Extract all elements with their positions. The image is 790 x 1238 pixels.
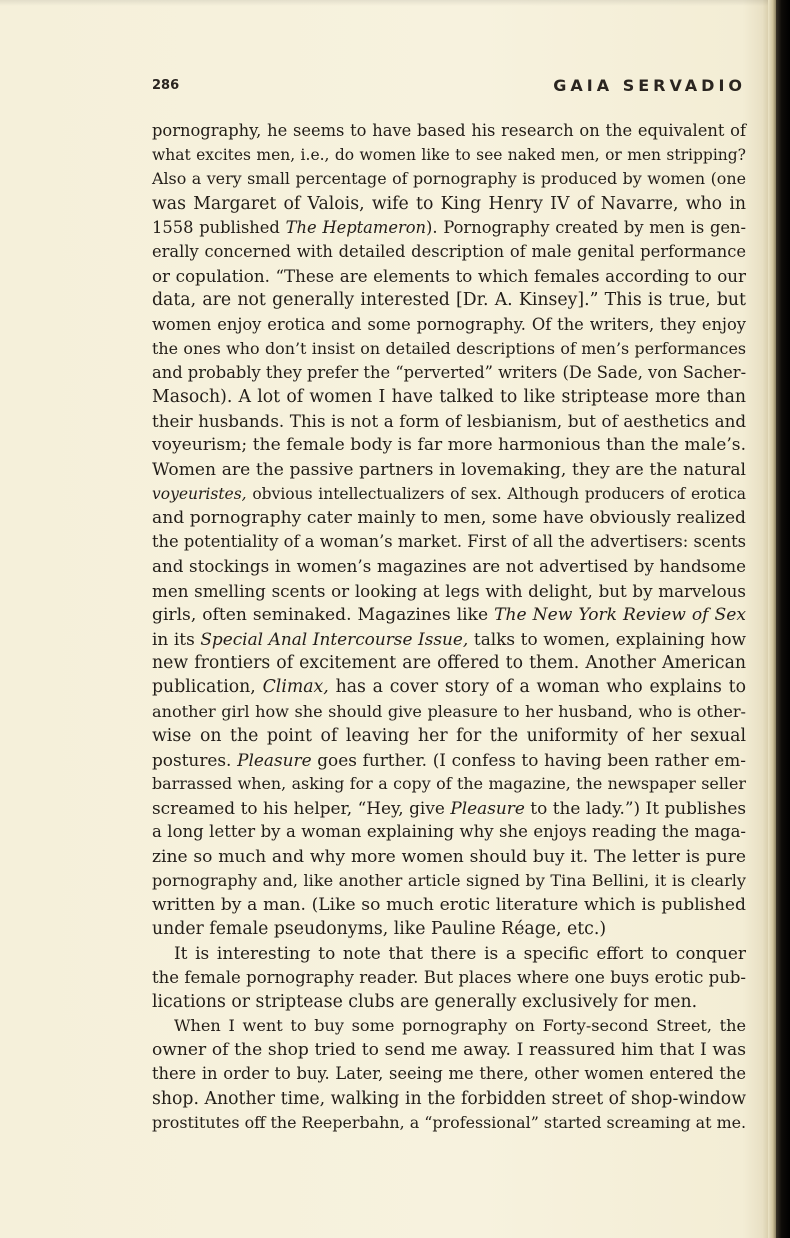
text-run: goes further. (I confess to having been … [312, 750, 746, 770]
text-run: the ones who don’t insist on detailed de… [152, 339, 746, 358]
text-line: women enjoy erotica and some pornography… [152, 313, 746, 337]
text-line: Also a very small percentage of pornogra… [152, 167, 746, 191]
text-line: lications or striptease clubs are genera… [152, 990, 746, 1014]
text-line: another girl how she should give pleasur… [152, 700, 746, 724]
page-number: 286 [152, 78, 179, 93]
text-run: shop. Another time, walking in the forbi… [152, 1089, 746, 1109]
text-run: Also a very small percentage of pornogra… [152, 169, 746, 188]
text-line: new frontiers of excitement are offered … [152, 651, 746, 675]
paragraph: It is interesting to note that there is … [152, 941, 746, 1014]
text-line: voyeurism; the female body is far more h… [152, 433, 746, 457]
page-edge [768, 0, 776, 1238]
text-line: owner of the shop tried to send me away.… [152, 1038, 746, 1062]
text-run: owner of the shop tried to send me away.… [152, 1040, 746, 1060]
text-line: a long letter by a woman explaining why … [152, 820, 746, 844]
text-run: the female pornography reader. But place… [152, 968, 746, 987]
text-line: what excites men, i.e., do women like to… [152, 143, 746, 167]
text-line: voyeuristes, obvious intellectualizers o… [152, 482, 746, 506]
page-top-shadow [0, 0, 790, 6]
text-line: wise on the point of leaving her for the… [152, 724, 746, 748]
text-run: talks to women, explaining how [468, 629, 746, 649]
text-line: erally concerned with detailed descripti… [152, 240, 746, 264]
italic-title: Pleasure [237, 750, 311, 770]
text-run: zine so much and why more women should b… [152, 847, 746, 867]
text-line: their husbands. This is not a form of le… [152, 409, 746, 433]
text-run: another girl how she should give pleasur… [152, 702, 746, 721]
text-line: the ones who don’t insist on detailed de… [152, 337, 746, 361]
text-run: what excites men, i.e., do women like to… [152, 146, 746, 164]
text-line: 1558 published The Heptameron). Pornogra… [152, 216, 746, 240]
text-run: has a cover story of a woman who explain… [329, 677, 746, 697]
text-run: wise on the point of leaving her for the… [152, 726, 746, 746]
text-line: under female pseudonyms, like Pauline Ré… [152, 917, 746, 941]
text-run: under female pseudonyms, like Pauline Ré… [152, 919, 606, 939]
text-run: and stockings in women’s magazines are n… [152, 556, 746, 576]
text-line: prostitutes off the Reeperbahn, a “profe… [152, 1111, 746, 1135]
text-line: data, are not generally interested [Dr. … [152, 288, 746, 312]
book-binding [776, 0, 790, 1238]
text-run: written by a man. (Like so much erotic l… [152, 895, 746, 915]
text-run: obvious intellectualizers of sex. Althou… [247, 485, 746, 503]
text-line: pornography and, like another article si… [152, 869, 746, 893]
author-name-header: GAIA SERVADIO [553, 76, 746, 95]
text-line: in its Special Anal Intercourse Issue, t… [152, 627, 746, 651]
text-line: screamed to his helper, “Hey, give Pleas… [152, 796, 746, 820]
paragraph: pornography, he seems to have based his … [152, 119, 746, 941]
text-run: ). Pornography created by men is gen- [426, 218, 746, 237]
text-run: prostitutes off the Reeperbahn, a “profe… [152, 1113, 746, 1132]
text-run: pornography and, like another article si… [152, 871, 746, 890]
text-run: Masoch). A lot of women I have talked to… [152, 387, 746, 407]
text-run: Women are the passive partners in lovema… [152, 460, 746, 480]
text-line: the potentiality of a woman’s market. Fi… [152, 530, 746, 554]
text-run: was Margaret of Valois, wife to King Hen… [152, 194, 746, 214]
text-run: erally concerned with detailed descripti… [152, 242, 746, 261]
text-line: shop. Another time, walking in the forbi… [152, 1087, 746, 1111]
text-run: new frontiers of excitement are offered … [152, 653, 746, 673]
text-run: women enjoy erotica and some pornography… [152, 315, 746, 334]
text-run: screamed to his helper, “Hey, give [152, 798, 450, 818]
text-line: the female pornography reader. But place… [152, 966, 746, 990]
italic-title: Climax, [263, 677, 329, 697]
text-line: and pornography cater mainly to men, som… [152, 506, 746, 530]
text-line: When I went to buy some pornography on F… [152, 1014, 746, 1038]
text-line: and probably they prefer the “perverted”… [152, 361, 746, 385]
text-line: men smelling scents or looking at legs w… [152, 579, 746, 603]
text-line: postures. Pleasure goes further. (I conf… [152, 748, 746, 772]
text-line: there in order to buy. Later, seeing me … [152, 1062, 746, 1086]
text-run: When I went to buy some pornography on F… [174, 1016, 746, 1035]
text-run: pornography, he seems to have based his … [152, 121, 746, 140]
text-line: zine so much and why more women should b… [152, 845, 746, 869]
text-run: and pornography cater mainly to men, som… [152, 508, 746, 528]
text-line: was Margaret of Valois, wife to King Hen… [152, 192, 746, 216]
text-run: their husbands. This is not a form of le… [152, 411, 746, 431]
text-line: Women are the passive partners in lovema… [152, 458, 746, 482]
text-run: men smelling scents or looking at legs w… [152, 581, 746, 601]
text-line: barrassed when, asking for a copy of the… [152, 772, 746, 796]
italic-title: Special Anal Intercourse Issue, [200, 629, 468, 649]
text-run: lications or striptease clubs are genera… [152, 992, 697, 1012]
text-line: publication, Climax, has a cover story o… [152, 675, 746, 699]
body-text: pornography, he seems to have based his … [152, 119, 746, 1135]
italic-title: Pleasure [450, 798, 524, 818]
paragraph: When I went to buy some pornography on F… [152, 1014, 746, 1135]
book-page: 286 GAIA SERVADIO pornography, he seems … [0, 0, 790, 1238]
italic-title: The New York Review of Sex [494, 605, 746, 625]
text-run: publication, [152, 677, 263, 697]
text-run: the potentiality of a woman’s market. Fi… [152, 532, 746, 551]
text-run: 1558 published [152, 218, 286, 237]
text-run: a long letter by a woman explaining why … [152, 822, 746, 841]
text-run: and probably they prefer the “perverted”… [152, 363, 746, 382]
text-line: girls, often seminaked. Magazines like T… [152, 603, 746, 627]
text-line: or copulation. “These are elements to wh… [152, 264, 746, 288]
text-line: written by a man. (Like so much erotic l… [152, 893, 746, 917]
text-run: data, are not generally interested [Dr. … [152, 290, 746, 310]
text-line: Masoch). A lot of women I have talked to… [152, 385, 746, 409]
text-run: barrassed when, asking for a copy of the… [152, 774, 746, 793]
italic-title: The Heptameron [286, 218, 426, 237]
running-head: 286 GAIA SERVADIO [152, 76, 746, 100]
text-line: pornography, he seems to have based his … [152, 119, 746, 143]
text-run: in its [152, 629, 200, 649]
text-line: It is interesting to note that there is … [152, 941, 746, 965]
text-run: girls, often seminaked. Magazines like [152, 605, 494, 625]
text-run: postures. [152, 750, 237, 770]
text-line: and stockings in women’s magazines are n… [152, 554, 746, 578]
text-run: there in order to buy. Later, seeing me … [152, 1064, 746, 1083]
text-run: voyeurism; the female body is far more h… [152, 435, 746, 455]
text-run: to the lady.”) It publishes [525, 798, 746, 818]
italic-title: voyeuristes, [152, 485, 247, 503]
text-run: It is interesting to note that there is … [174, 943, 746, 963]
text-run: or copulation. “These are elements to wh… [152, 266, 746, 286]
